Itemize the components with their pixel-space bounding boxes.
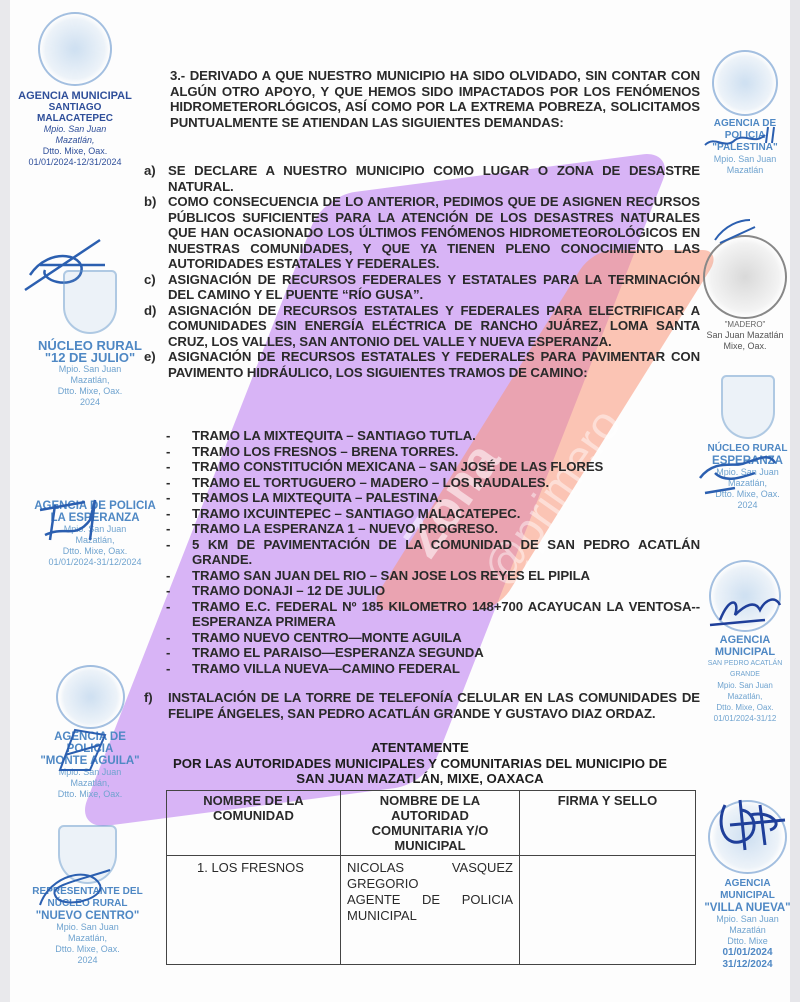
demand-text: INSTALACIÓN DE LA TORRE DE TELEFONÍA CEL… [140,690,700,721]
bullet-dash: - [166,583,170,599]
stamp-santiago-malacatepec: AGENCIA MUNICIPAL SANTIAGO MALACATEPEC M… [10,12,140,168]
demand-text: SE DECLARE A NUESTRO MUNICIPIO COMO LUGA… [168,163,700,194]
bullet-dash: - [166,661,170,677]
seal-icon [38,12,112,86]
demand-text: ASIGNACIÓN DE RECURSOS ESTATALES Y FEDER… [168,303,700,349]
road-segment-item: -TRAMO EL PARAISO—ESPERANZA SEGUNDA [160,645,700,661]
demand-item: e)ASIGNACIÓN DE RECURSOS ESTATALES Y FED… [140,349,700,380]
demand-item: a)SE DECLARE A NUESTRO MUNICIPIO COMO LU… [140,163,700,194]
road-segment-item: -TRAMO LA ESPERANZA 1 – NUEVO PROGRESO. [160,521,700,537]
demand-text: ASIGNACIÓN DE RECURSOS ESTATALES Y FEDER… [168,349,700,380]
signature-scribble-icon [695,448,785,503]
cell-authority: NICOLAS VASQUEZ GREGORIO AGENTE DE POLIC… [341,856,520,965]
table-row: 1. LOS FRESNOS NICOLAS VASQUEZ GREGORIO … [167,856,696,965]
authority-role: AGENTE DE POLICIA MUNICIPAL [347,892,513,924]
road-segment-item: -5 KM DE PAVIMENTACIÓN DE LA COMUNIDAD D… [160,537,700,568]
closing-municipality: SAN JUAN MAZATLÁN, MIXE, OAXACA [140,771,700,787]
road-segment-text: TRAMO SAN JUAN DEL RIO – SAN JOSE LOS RE… [192,568,590,583]
page-edge [790,0,800,1002]
road-segment-text: TRAMO EL TORTUGUERO – MADERO – LOS RAUDA… [192,475,549,490]
bullet-dash: - [166,428,170,444]
demand-marker: e) [144,349,156,365]
bullet-dash: - [166,506,170,522]
intro-paragraph: 3.- DERIVADO A QUE NUESTRO MUNICIPIO HA … [170,68,700,130]
signature-scribble-icon [35,490,115,550]
road-segment-item: -TRAMO VILLA NUEVA—CAMINO FEDERAL [160,661,700,677]
demand-item: b)COMO CONSECUENCIA DE LO ANTERIOR, PEDI… [140,194,700,272]
bullet-dash: - [166,537,170,553]
signature-table: NOMBRE DE LA COMUNIDAD NOMBRE DE LA AUTO… [166,790,696,965]
closing-block: ATENTAMENTE POR LAS AUTORIDADES MUNICIPA… [140,740,700,787]
stamp-palestina: AGENCIA DE POLICIA "PALESTINA" Mpio. San… [700,50,790,176]
stamp-san-pedro-acatlan: AGENCIA MUNICIPAL SAN PEDRO ACATLÁN GRAN… [700,560,790,724]
header-community: NOMBRE DE LA COMUNIDAD [167,791,341,856]
bullet-dash: - [166,444,170,460]
signature-scribble-icon [50,725,110,775]
header-signature: FIRMA Y SELLO [520,791,696,856]
road-segment-text: TRAMO EL PARAISO—ESPERANZA SEGUNDA [192,645,484,660]
road-segment-text: TRAMOS LA MIXTEQUITA – PALESTINA. [192,490,442,505]
demand-item-f: f) INSTALACIÓN DE LA TORRE DE TELEFONÍA … [140,690,700,721]
stamp-madero: "MADERO" San Juan Mazatlán Mixe, Oax. [700,235,790,352]
cell-signature [520,856,696,965]
road-segment-text: 5 KM DE PAVIMENTACIÓN DE LA COMUNIDAD DE… [192,537,700,568]
authority-name: NICOLAS VASQUEZ GREGORIO [347,860,513,892]
demand-marker: a) [144,163,156,179]
bullet-dash: - [166,630,170,646]
road-segment-text: TRAMO LA ESPERANZA 1 – NUEVO PROGRESO. [192,521,498,536]
bullet-dash: - [166,521,170,537]
road-segment-text: TRAMO CONSTITUCIÓN MEXICANA – SAN JOSÉ D… [192,459,603,474]
demand-item: c)ASIGNACIÓN DE RECURSOS FEDERALES Y EST… [140,272,700,303]
stamp-12-de-julio: NÚCLEO RURAL "12 DE JULIO" Mpio. San Jua… [35,270,145,408]
bullet-dash: - [166,475,170,491]
bullet-dash: - [166,599,170,615]
demand-marker: d) [144,303,156,319]
header-authority: NOMBRE DE LA AUTORIDAD COMUNITARIA Y/O M… [341,791,520,856]
road-segment-item: -TRAMO IXCUINTEPEC – SANTIAGO MALACATEPE… [160,506,700,522]
road-segment-text: TRAMO DONAJI – 12 DE JULIO [192,583,385,598]
demands-list: a)SE DECLARE A NUESTRO MUNICIPIO COMO LU… [140,163,700,380]
road-segment-text: TRAMO E.C. FEDERAL Nº 185 KILOMETRO 148+… [192,599,700,630]
demand-text: COMO CONSECUENCIA DE LO ANTERIOR, PEDIMO… [168,194,700,271]
signature-scribble-icon [30,855,120,915]
road-segment-item: -TRAMO LA MIXTEQUITA – SANTIAGO TUTLA. [160,428,700,444]
seal-icon [56,665,125,729]
document-page: Zona @primero 3.- DERIVADO A QUE NUESTRO… [10,0,790,1002]
bullet-dash: - [166,490,170,506]
seal-icon [703,235,787,319]
signature-scribble-icon [710,215,760,245]
seal-icon [712,50,778,116]
shield-icon [721,375,775,439]
closing-authorities: POR LAS AUTORIDADES MUNICIPALES Y COMUNI… [140,756,700,772]
road-segment-item: -TRAMO E.C. FEDERAL Nº 185 KILOMETRO 148… [160,599,700,630]
closing-atentamente: ATENTAMENTE [140,740,700,756]
road-segment-text: TRAMO IXCUINTEPEC – SANTIAGO MALACATEPEC… [192,506,520,521]
road-segment-item: -TRAMO NUEVO CENTRO—MONTE AGUILA [160,630,700,646]
road-segment-item: -TRAMO LOS FRESNOS – BRENA TORRES. [160,444,700,460]
demand-item: d)ASIGNACIÓN DE RECURSOS ESTATALES Y FED… [140,303,700,350]
road-segments-list: -TRAMO LA MIXTEQUITA – SANTIAGO TUTLA.-T… [160,428,700,676]
signature-scribble-icon [710,795,790,855]
road-segment-text: TRAMO VILLA NUEVA—CAMINO FEDERAL [192,661,460,676]
signature-scribble-icon [700,125,780,155]
bullet-dash: - [166,568,170,584]
road-segment-item: -TRAMO EL TORTUGUERO – MADERO – LOS RAUD… [160,475,700,491]
road-segment-item: -TRAMOS LA MIXTEQUITA – PALESTINA. [160,490,700,506]
demand-marker: c) [144,272,156,288]
signature-scribble-icon [705,590,785,630]
road-segment-item: -TRAMO SAN JUAN DEL RIO – SAN JOSE LOS R… [160,568,700,584]
road-segment-item: -TRAMO CONSTITUCIÓN MEXICANA – SAN JOSÉ … [160,459,700,475]
bullet-dash: - [166,459,170,475]
bullet-dash: - [166,645,170,661]
road-segment-text: TRAMO LA MIXTEQUITA – SANTIAGO TUTLA. [192,428,476,443]
road-segment-item: -TRAMO DONAJI – 12 DE JULIO [160,583,700,599]
demand-text: ASIGNACIÓN DE RECURSOS FEDERALES Y ESTAT… [168,272,700,303]
demand-marker: b) [144,194,156,210]
road-segment-text: TRAMO NUEVO CENTRO—MONTE AGUILA [192,630,462,645]
cell-community: 1. LOS FRESNOS [167,856,341,965]
shield-icon [63,270,117,334]
road-segment-text: TRAMO LOS FRESNOS – BRENA TORRES. [192,444,458,459]
